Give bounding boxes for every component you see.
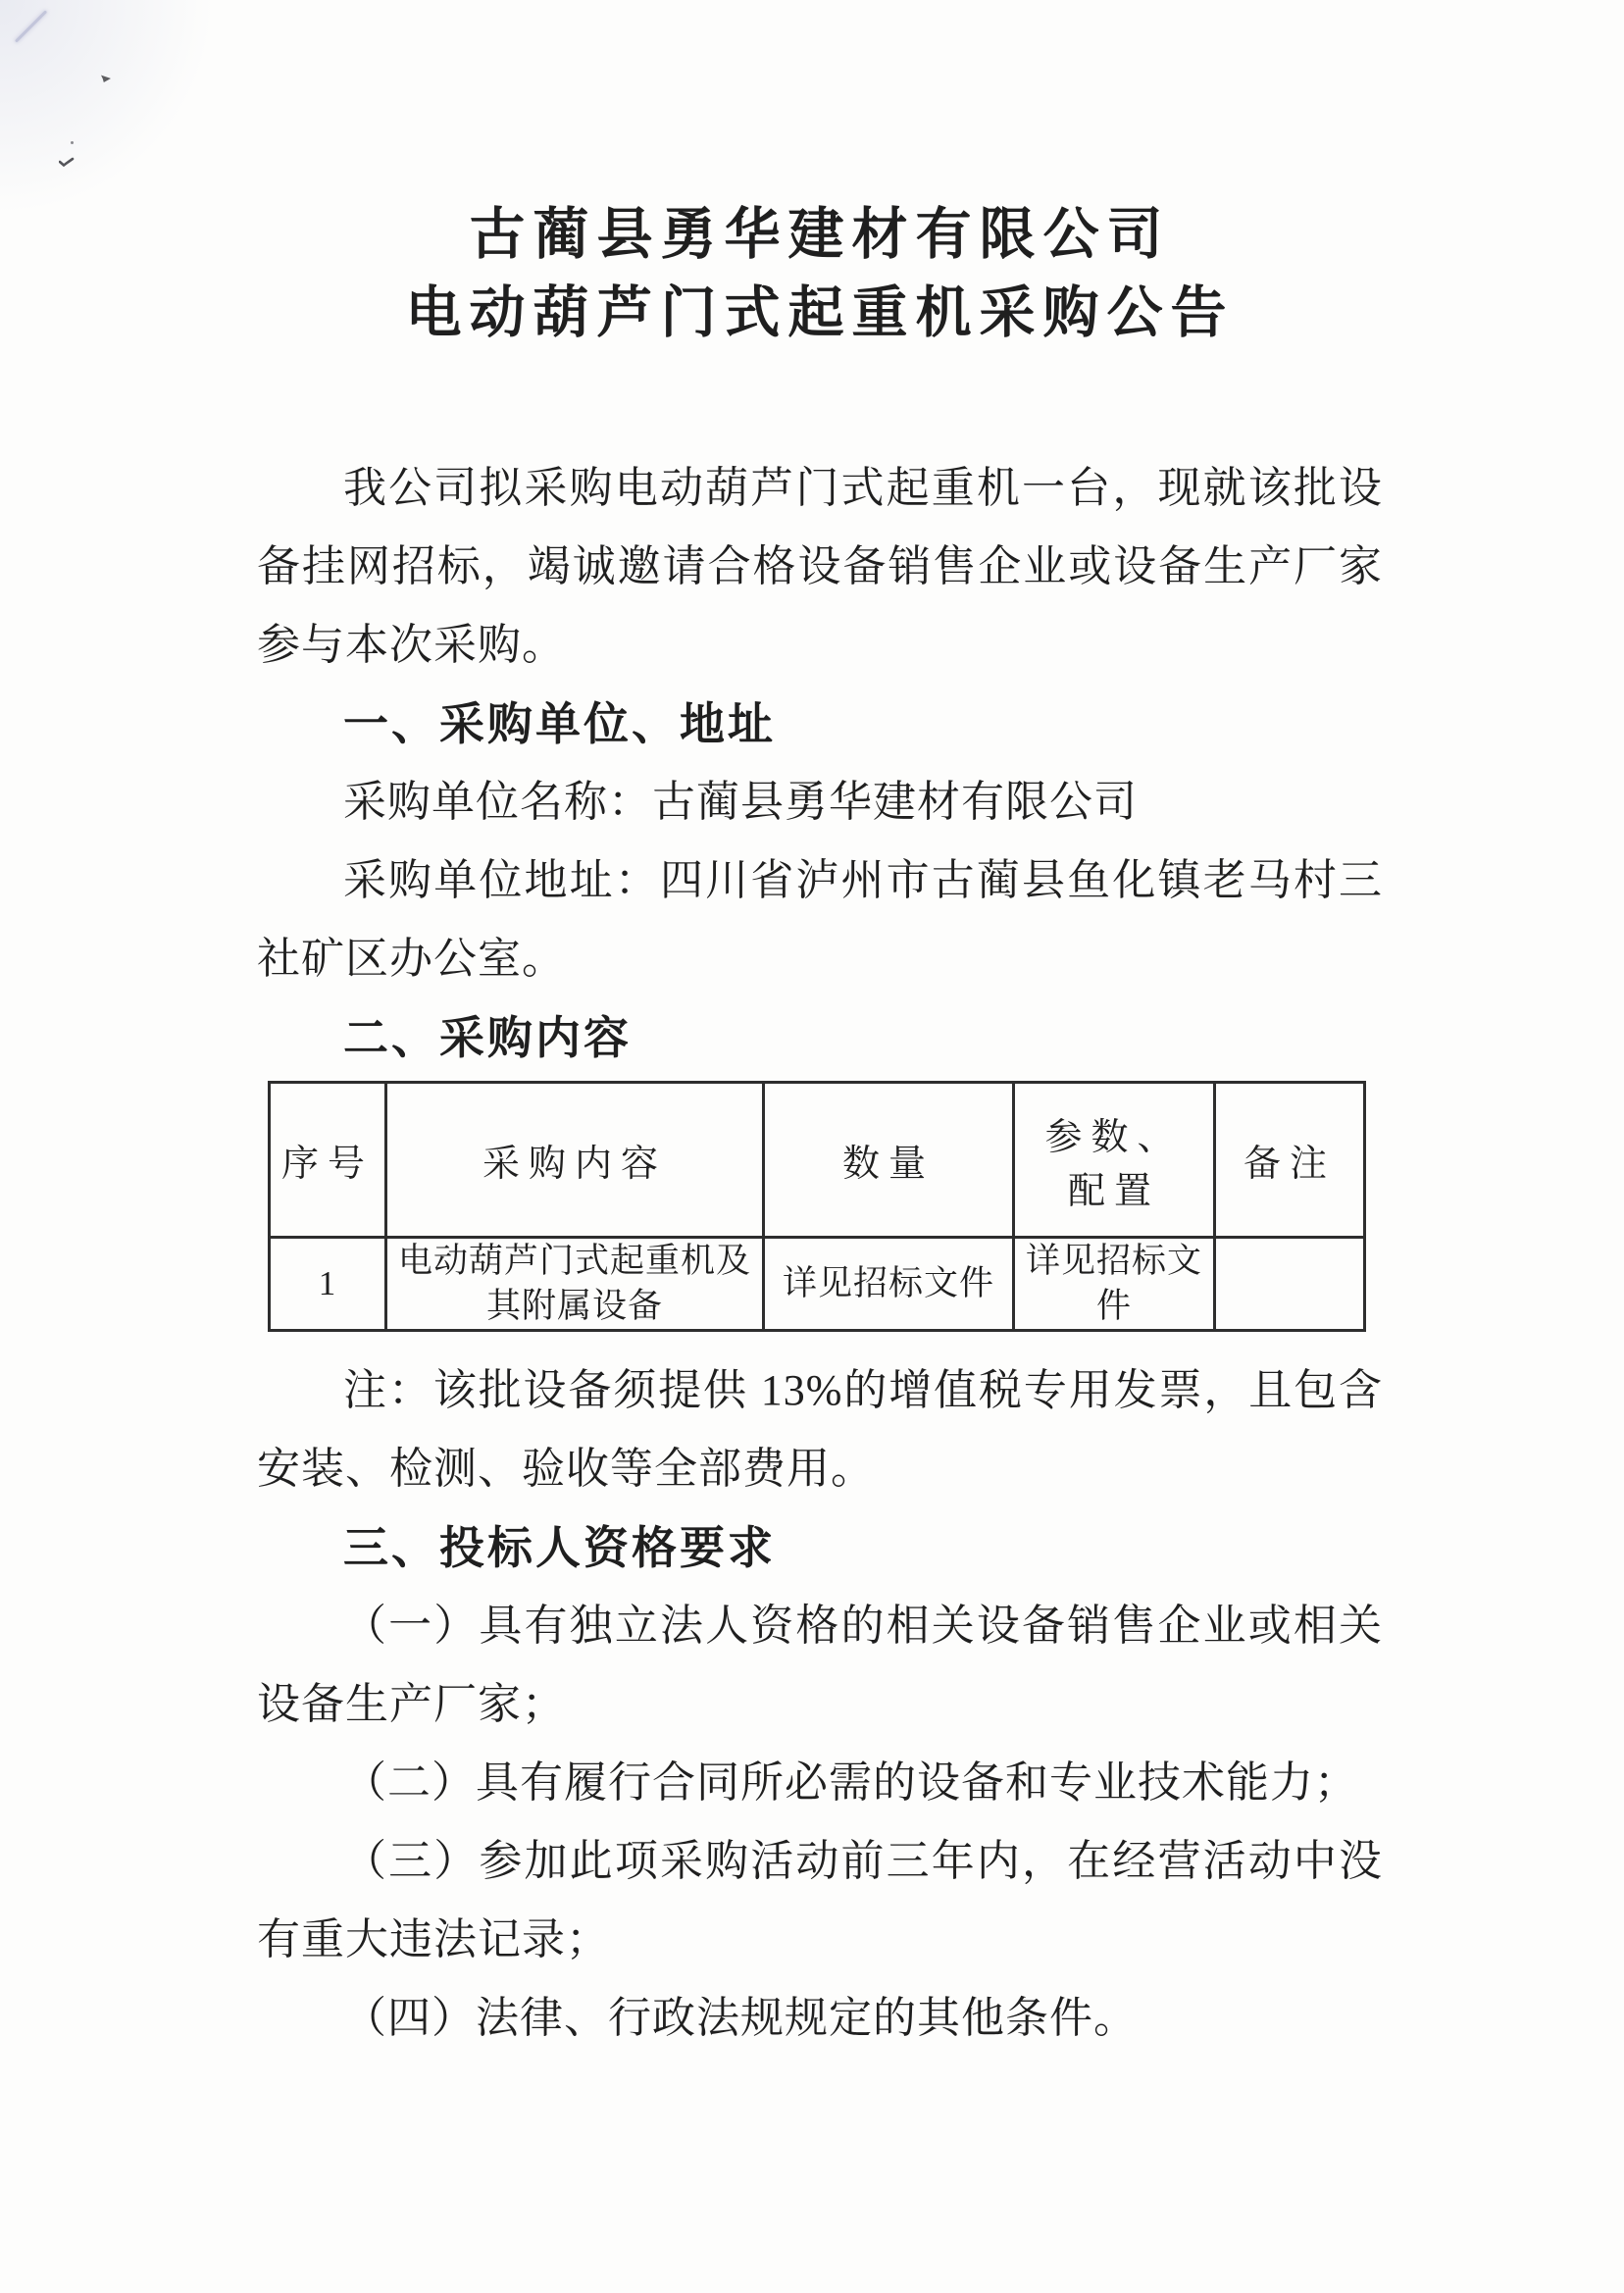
col-header-quantity: 数量 [764, 1083, 1014, 1238]
check-speck-mark [59, 155, 75, 168]
procurement-table: 序号 采购内容 数量 参数、配置 备注 1 电动葫芦门式起重机及其附属设备 详见… [268, 1081, 1366, 1332]
table-header-row: 序号 采购内容 数量 参数、配置 备注 [270, 1083, 1365, 1238]
purchasing-unit-address: 采购单位地址：四川省泸州市古蔺县鱼化镇老马村三社矿区办公室。 [257, 841, 1383, 998]
section-purchasing-unit: 一、采购单位、地址 采购单位名称：古蔺县勇华建材有限公司 采购单位地址：四川省泸… [257, 685, 1383, 998]
dot-speck-mark [71, 141, 74, 144]
document-title: 古蔺县勇华建材有限公司 电动葫芦门式起重机采购公告 [257, 195, 1383, 352]
qualification-item-3: （三）参加此项采购活动前三年内，在经营活动中没有重大违法记录； [257, 1822, 1383, 1979]
col-header-remarks: 备注 [1215, 1083, 1365, 1238]
section-bidder-qualifications: 三、投标人资格要求 （一）具有独立法人资格的相关设备销售企业或相关设备生产厂家；… [257, 1508, 1383, 2058]
title-line-1: 古蔺县勇华建材有限公司 [257, 195, 1383, 274]
section-2-heading: 二、采购内容 [343, 998, 1383, 1077]
qualification-item-2: （二）具有履行合同所必需的设备和专业技术能力； [257, 1744, 1383, 1822]
table-note: 注：该批设备须提供 13%的增值税专用发票，且包含安装、检测、验收等全部费用。 [257, 1351, 1383, 1508]
title-line-2: 电动葫芦门式起重机采购公告 [257, 274, 1383, 352]
section-purchasing-content: 二、采购内容 序号 采购内容 数量 参数、配置 备注 [257, 998, 1383, 1508]
scan-corner-shading [0, 0, 216, 216]
purchasing-unit-name: 采购单位名称：古蔺县勇华建材有限公司 [257, 763, 1383, 841]
cell-remarks [1215, 1238, 1365, 1331]
section-3-heading: 三、投标人资格要求 [343, 1508, 1383, 1587]
arrow-speck-mark [101, 74, 111, 82]
cell-specs: 详见招标文件 [1014, 1238, 1215, 1331]
scanned-document-page: 古蔺县勇华建材有限公司 电动葫芦门式起重机采购公告 我公司拟采购电动葫芦门式起重… [0, 0, 1624, 2293]
cell-content: 电动葫芦门式起重机及其附属设备 [386, 1238, 764, 1331]
cell-serial: 1 [270, 1238, 386, 1331]
intro-paragraph: 我公司拟采购电动葫芦门式起重机一台，现就该批设备挂网招标，竭诚邀请合格设备销售企… [257, 449, 1383, 685]
col-header-content: 采购内容 [386, 1083, 764, 1238]
cell-quantity: 详见招标文件 [764, 1238, 1014, 1331]
col-header-serial: 序号 [270, 1083, 386, 1238]
qualification-item-4: （四）法律、行政法规规定的其他条件。 [257, 1979, 1383, 2058]
col-header-specs: 参数、配置 [1014, 1083, 1215, 1238]
document-content: 古蔺县勇华建材有限公司 电动葫芦门式起重机采购公告 我公司拟采购电动葫芦门式起重… [257, 0, 1383, 2058]
pen-stroke-mark [15, 10, 47, 42]
table-row: 1 电动葫芦门式起重机及其附属设备 详见招标文件 详见招标文件 [270, 1238, 1365, 1331]
qualification-item-1: （一）具有独立法人资格的相关设备销售企业或相关设备生产厂家； [257, 1587, 1383, 1744]
section-1-heading: 一、采购单位、地址 [343, 685, 1383, 763]
